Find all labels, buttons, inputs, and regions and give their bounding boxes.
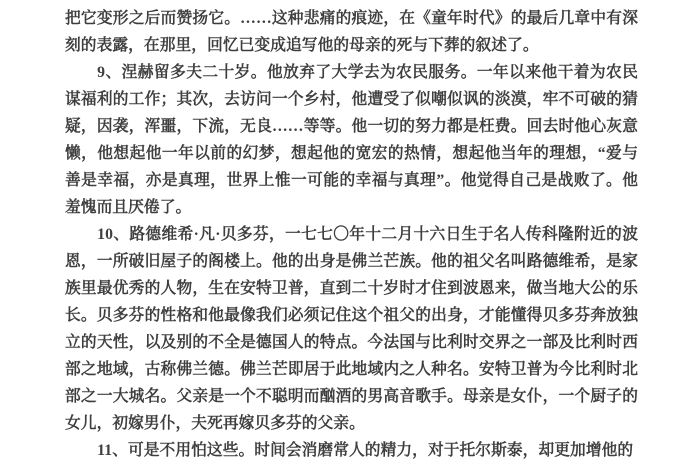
paragraph-item-11: 11、可是不用怕这些。时间会消磨常人的精力，对于托尔斯泰，却更加增他的 [65,437,638,464]
paragraph-item-10: 10、路德维希·凡·贝多芬，一七七〇年十二月十六日生于名人传科隆附近的波恩，一所… [65,221,638,437]
paragraph-item-9: 9、涅赫留多夫二十岁。他放弃了大学去为农民服务。一年以来他干着为农民谋福利的工作… [65,59,638,221]
paragraph-continuation: 把它变形之后而赞扬它。……这种悲痛的痕迹，在《童年时代》的最后几章中有深刻的表露… [65,5,638,59]
document-body: 把它变形之后而赞扬它。……这种悲痛的痕迹，在《童年时代》的最后几章中有深刻的表露… [65,5,638,464]
scanned-document-page: 把它变形之后而赞扬它。……这种悲痛的痕迹，在《童年时代》的最后几章中有深刻的表露… [0,0,700,470]
